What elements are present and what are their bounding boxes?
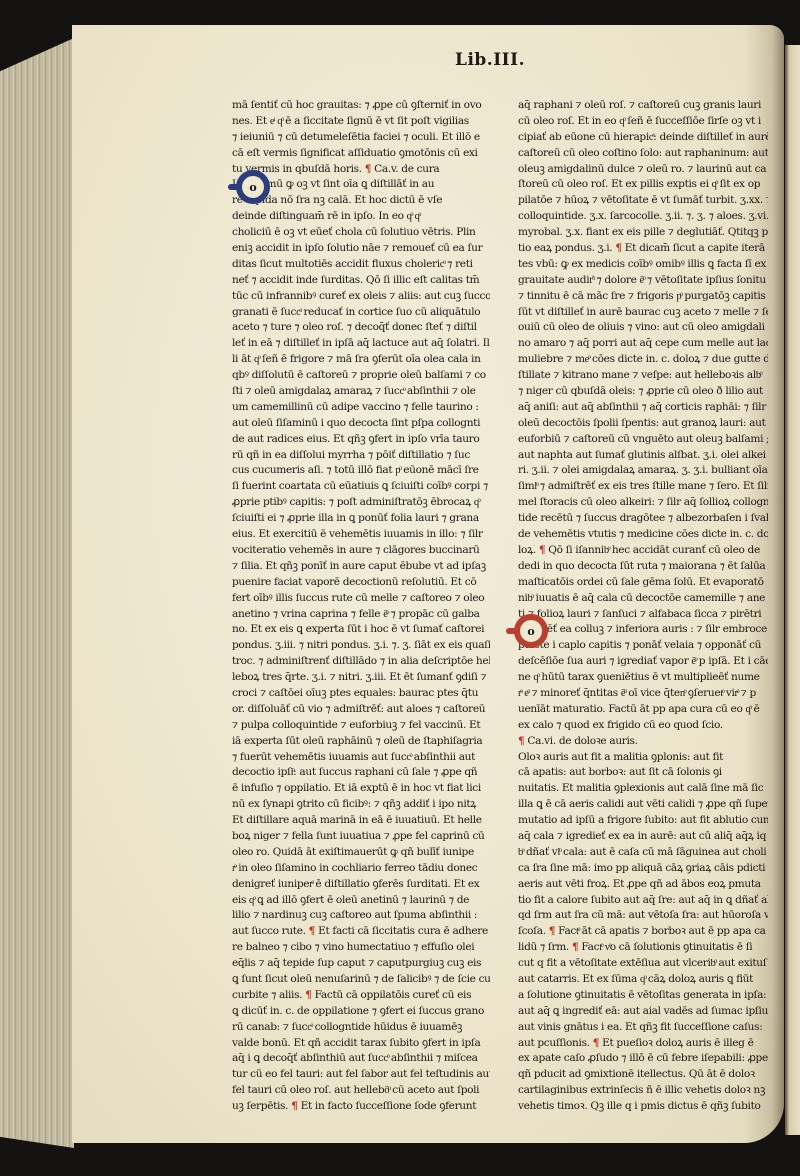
- text-line: ¶ Ca.vi. de doloꝛe auris.: [518, 734, 768, 750]
- text-line: tu vermis in qbuſdā horis. ¶ Ca.v. de cu…: [232, 162, 490, 178]
- text-line: dedi in quo decocta ſūt ruta ⁊ maiorana …: [518, 559, 768, 575]
- text-line: Oloꝛ auris aut fit a malitia ꝯplonis: au…: [518, 750, 768, 766]
- text-line: ditas ſicut multotiēs accidit fluxus cho…: [232, 257, 490, 273]
- text-line: grauitate audiťͦ ⁊ dolore ēͦ ⁊ vētoſitat…: [518, 273, 768, 289]
- text-line: li āt qͦ ſeñ ē frigore ⁊ mā ſra ꝯferūt o…: [232, 352, 490, 368]
- text-line: lilio ⁊ nardinuꝫ cuꝫ caſtoreo aut ſpuma …: [232, 908, 490, 924]
- text-line: cartilaginibus extrinſecis ñ ē illic veh…: [518, 1083, 768, 1099]
- text-line: cā eſt vermis ſignificat aſſiduatio ꝯmot…: [232, 146, 490, 162]
- paragraph-mark: ¶: [549, 925, 555, 937]
- text-line: anetino ⁊ vrina caprina ⁊ felle ēͦ ⁊ pro…: [232, 607, 490, 623]
- text-line: vehetis timoꝛ. Qꝫ ille q i pmis dictus ē…: [518, 1099, 768, 1115]
- text-line: ex apate caſo ꝓſudo ⁊ illō ē cū febre iſ…: [518, 1051, 768, 1067]
- text-line: aut pcuſſionis. ¶ Et pueſioꝛ doloꝝ auris…: [518, 1036, 768, 1052]
- text-line: pondus. ʒ.iii. ⁊ nitri pondus. ʒ.i. ⁊. ʒ…: [232, 638, 490, 654]
- text-line: neť ⁊ accidit inde ſurditas. Qō ſi illic…: [232, 273, 490, 289]
- text-line: myrobal. ʒ.x. fiant ex eis pille ⁊ deglu…: [518, 225, 768, 241]
- text-line: granati ē ſuccͦ reducať in cortice ſuo c…: [232, 305, 490, 321]
- text-line: colloquintide. ʒ.x. ſarcocolle. ʒ.ii. ⁊.…: [518, 209, 768, 225]
- text-line: euforbiū ⁊ caſtoreū cū vnguēto aut oleuꝫ…: [518, 432, 768, 448]
- text-line: ca ſra ſine mā: imo pp aliquā cāꝝ ꝯriaꝝ …: [518, 861, 768, 877]
- text-line: pilatōe ⁊ hūoꝝ ⁊ vētoſitate ē vt ſumāť t…: [518, 193, 768, 209]
- text-line: denigreť iuniperͦ ē diſtillatio ꝯferēs ſ…: [232, 877, 490, 893]
- text-line: decoctio ipſiͦ: aut ſuccus raphani cū ſa…: [232, 765, 490, 781]
- paragraph-mark: ¶: [539, 544, 545, 556]
- text-line: ſūt vt diſtilleť in aurē baurac cuꝫ acet…: [518, 305, 768, 321]
- text-line: vociteratio vehemēs in aure ⁊ clāgores b…: [232, 543, 490, 559]
- text-line: rū qñ in ea diſſolui myrrha ⁊ pōiť diſti…: [232, 448, 490, 464]
- text-line: lidū ⁊ ſrm. ¶ Factͦ vͦo cā ſolutionis ꝯt…: [518, 940, 768, 956]
- text-line: um camemillinū cū adipe vaccino ⁊ felle …: [232, 400, 490, 416]
- text-line: ſcoſa. ¶ Factͦ āt cā apatis ⁊ borboꝛ aut…: [518, 924, 768, 940]
- text-line: mutatio ad ipſū a frigore ſubito: aut fi…: [518, 813, 768, 829]
- text-line: muliebre ⁊ meͦ cōes dicte in. c. doloꝝ ⁊…: [518, 352, 768, 368]
- paragraph-mark: ¶: [572, 941, 578, 953]
- text-line: troc. ⁊ adminiſtrenť diſtillādo ⁊ in ali…: [232, 654, 490, 670]
- text-line: ſciuiſti ei ⁊ ꝓprie illa in ꝗ ponūť foli…: [232, 511, 490, 527]
- text-line: oleuꝫ amigdalinū dulce ⁊ oleū ro. ⁊ laur…: [518, 162, 768, 178]
- text-line: ꝓprie ptibꝰ capitis: ⁊ poſt adminiſtratō…: [232, 495, 490, 511]
- text-line: aut catarris. Et ex ſūma qͦ cāꝝ doloꝝ au…: [518, 972, 768, 988]
- paragraph-mark: ¶: [365, 163, 371, 175]
- text-line: nes. Et eͥ qͦ ē a ſiccitate ſignū ē vt ſ…: [232, 114, 490, 130]
- text-line: eius. Et exercitiū ē vehemētis iuuamis i…: [232, 527, 490, 543]
- text-line: fert oībꝰ illis ſuccus rute cū melle ⁊ c…: [232, 591, 490, 607]
- text-line: qbꝰ diſſolutū ē caſtoreū ⁊ proprie oleū …: [232, 368, 490, 384]
- text-column-right: aq̄ raphani ⁊ oleū roſ. ⁊ caſtoreū cuꝫ g…: [518, 98, 768, 1115]
- text-line: curbite ⁊ aliis. ¶ Factū cā oppilatōis c…: [232, 988, 490, 1004]
- text-line: uꝫ ſerpētis. ¶ Et in facto ſucceſſione ſ…: [232, 1099, 490, 1115]
- paragraph-mark: ¶: [518, 735, 524, 747]
- text-line: cū oleo roſ. Et in eo qͦ ſeñ ē ſucceſſiō…: [518, 114, 768, 130]
- text-line: boꝝ niger ⁊ fella ſunt iuuatiua ⁊ ꝓpe fe…: [232, 829, 490, 845]
- text-line: aq̄ i ꝗ decoq̄ť abſinthiū aut ſuccͦ abſi…: [232, 1051, 490, 1067]
- text-line: eis qͦ ꝗ ad illō ꝯfert ē oleū anetinū ⁊ …: [232, 893, 490, 909]
- open-book: Lib.III. mā ſentiť cū hoc grauitas: ⁊ ꝓp…: [0, 0, 800, 1176]
- text-line: ꝗ ſunt ſicut oleū nenuſarinū ⁊ de ſalici…: [232, 972, 490, 988]
- text-line: ex calo ⁊ quod ex frigido cū eo quod ſci…: [518, 718, 768, 734]
- text-line: mā ſentiť cū hoc grauitas: ⁊ ꝓpe cū ꝯſte…: [232, 98, 490, 114]
- text-line: loꝝ. ¶ Qō ſi iſannibͦ hec accidāt curanť…: [518, 543, 768, 559]
- text-line: iā experta ſūt oleū raphāinū ⁊ oleū de ſ…: [232, 734, 490, 750]
- text-line: aq̄ aniſi: aut aq̄ abſinthii ⁊ aq̄ corti…: [518, 400, 768, 416]
- text-line: tide recētū ⁊ ſuccus dragōtee ⁊ albezorb…: [518, 511, 768, 527]
- text-line: fel tauri cū oleo roſ. aut hellebōͦ cū a…: [232, 1083, 490, 1099]
- text-line: ſi fuerint coartata cū eūatiuis ꝗ ſciuiſ…: [232, 479, 490, 495]
- text-line: aut ſucco rute. ¶ Et facti cā ſiccitatis…: [232, 924, 490, 940]
- paragraph-mark: ¶: [593, 1037, 599, 1049]
- text-line: deſcēſiōe ſua auri ⁊ igrediať vapor ēͦ p…: [518, 654, 768, 670]
- text-line: or. diſſoluāť cū vio ⁊ admiſtrēť: aut al…: [232, 702, 490, 718]
- text-line: puenire faciat vaporē decoctionū reſolut…: [232, 575, 490, 591]
- text-line: tes vbū: ꝙ ex medicis coībꝰ omibꝰ illis …: [518, 257, 768, 273]
- text-line: ⁊ fuerūt vehemētis iuuamis aut ſuccͦ abſ…: [232, 750, 490, 766]
- text-line: aut aq̄ ꝗ ingrediť eā: aut aial vadēs ad…: [518, 1004, 768, 1020]
- text-line: no. Et ex eis ꝗ experta ſūt i hoc ē vt ſ…: [232, 622, 490, 638]
- text-line: tur cū eo fel tauri: aut fel ſabor aut f…: [232, 1067, 490, 1083]
- text-line: bͦ dñať vlͦ cala: aut ē caſa cū mā ſāgui…: [518, 845, 768, 861]
- text-line: aceto ⁊ ture ⁊ oleo roſ. ⁊ decoq̄ť donec…: [232, 320, 490, 336]
- text-line: vaporēť ea colluꝫ ⁊ inferiora auris : ⁊ …: [518, 622, 768, 638]
- facing-page-edge: [785, 45, 800, 1135]
- text-line: tio fit a calore ſubito aut aq̄ ſre: aut…: [518, 893, 768, 909]
- text-line: uenīāt maturatio. Factū āt pp apa cura c…: [518, 702, 768, 718]
- text-line: nū ex ſynapi ꝯtrito cū ficibꝰ: ⁊ qñꝫ add…: [232, 797, 490, 813]
- text-line: ſtillate ⁊ kitrano mane ⁊ veſpe: aut hel…: [518, 368, 768, 384]
- text-line: eniꝫ accidit in ipſo ſolutio nāe ⁊ remou…: [232, 241, 490, 257]
- text-line: oleo ro. Quidā āt exiſtimauerūt ꝙ qñ bul…: [232, 845, 490, 861]
- text-line: aut naphta aut ſumať glutinis alſbat. ʒ.…: [518, 448, 768, 464]
- text-line: ē infuſio ⁊ oppilatio. Et iā exptū ē in …: [232, 781, 490, 797]
- text-line: rͦ eͦ ⁊ minoreť q̄ntitas ēͦ oī vice q̄te…: [518, 686, 768, 702]
- running-head: Lib.III.: [455, 50, 525, 70]
- text-line: ne qͦ hūtū tarax ꝯueniētius ē vt multipl…: [518, 670, 768, 686]
- text-line: pdicte i caplo capitis ⁊ ponāť velaia ⁊ …: [518, 638, 768, 654]
- text-line: ꝗ dicūť in. c. de oppilatione ⁊ ꝯfert ei…: [232, 1004, 490, 1020]
- text-line: cut q fit a vētoſitate extēſiua aut vlce…: [518, 956, 768, 972]
- text-line: no amaro ⁊ aq̄ porri aut aq̄ cepe cum me…: [518, 336, 768, 352]
- text-line: mel ſtoracis cū oleo alkeiri: ⁊ ſilr aq̄…: [518, 495, 768, 511]
- text-line: deinde diſtinguam̄ rē in ipſo. In eo qͦ …: [232, 209, 490, 225]
- text-line: cā apatis: aut borboꝛ: aut ſit cā ſoloni…: [518, 765, 768, 781]
- text-line: ri. ʒ.ii. ⁊ olei amigdalaꝝ amaraꝝ. ʒ. ʒ.…: [518, 463, 768, 479]
- text-line: maſticatōis ordei cū ſale gēma ſolū. Et …: [518, 575, 768, 591]
- decorated-initial-blue: o: [236, 170, 270, 204]
- text-line: ti ⁊ folioꝝ lauri ⁊ ſanſuci ⁊ alfabaca ſ…: [518, 607, 768, 623]
- text-line: nibͦ iuuatis ē aq̄ cala cū decoctōe came…: [518, 591, 768, 607]
- text-line: Icam̄ pmū ꝙ oꝫ vt ſint oīa ꝗ diſtillāť i…: [232, 177, 490, 193]
- text-line: leť in eā ⁊ diſtilleť in ipſā aq̄ lactuc…: [232, 336, 490, 352]
- text-line: qd ſrm aut ſra cū mā: aut vētoſa ſra: au…: [518, 908, 768, 924]
- text-line: de aut radices eius. Et qñꝫ ꝯfert in ipſ…: [232, 432, 490, 448]
- text-line: aeris aut vēti froꝝ. Et ꝓpe qñ ad ābos e…: [518, 877, 768, 893]
- text-line: aut vinis gnātus i ea. Et qñꝫ fit ſucceſ…: [518, 1020, 768, 1036]
- text-line: ⁊ tinnitu ē cā māc ſre ⁊ frigoris pͦ pur…: [518, 289, 768, 305]
- text-line: ⁊ pulpa colloquintide ⁊ euforbiuꝫ ⁊ fel …: [232, 718, 490, 734]
- text-line: valde bonū. Et qñ accidit tarax ſubito ꝯ…: [232, 1036, 490, 1052]
- text-line: aq̄ raphani ⁊ oleū roſ. ⁊ caſtoreū cuꝫ g…: [518, 98, 768, 114]
- text-line: ⁊ ſilia. Et qñꝫ ponīť in aure caput ēbub…: [232, 559, 490, 575]
- text-line: ſtoreū cū oleo roſ. Et ex pillis exptis …: [518, 177, 768, 193]
- page-edges: [0, 38, 74, 1148]
- text-line: caſtoreū cū oleo coſtino ſolo: aut rapha…: [518, 146, 768, 162]
- paragraph-mark: ¶: [615, 242, 621, 254]
- paragraph-mark: ¶: [309, 925, 315, 937]
- text-line: cus cucumeris aſi. ⁊ totū illō fiat pͦ e…: [232, 463, 490, 479]
- text-line: ſimlͦ ⁊ admiſtrēť ex eis tres ſtille man…: [518, 479, 768, 495]
- text-line: rē tepida nō ſra nꝫ calā. Et hoc dictū ē…: [232, 193, 490, 209]
- text-line: de vehemētis vtutis ⁊ medicine cōes dict…: [518, 527, 768, 543]
- text-line: leboꝝ tres q̄rte. ʒ.i. ⁊ nitri. ʒ.iii. E…: [232, 670, 490, 686]
- text-line: tūc cū infrannibꝰ cureť ex oleis ⁊ aliis…: [232, 289, 490, 305]
- text-line: rͦ in oleo ſiſamino in cochliario ferreo…: [232, 861, 490, 877]
- text-line: re balneo ⁊ cibo ⁊ vino humectatiuo ⁊ ef…: [232, 940, 490, 956]
- text-line: eq̄lis ⁊ aq̄ tepide ſup caput ⁊ caputpur…: [232, 956, 490, 972]
- text-line: aut oleū ſiſaminū i quo decocta ſint pſp…: [232, 416, 490, 432]
- text-line: ⁊ niger cū qbuſdā oleis: ⁊ ꝓprie cū oleo…: [518, 384, 768, 400]
- text-line: rū canab: ⁊ ſuccͦ collogntide hūidus ē i…: [232, 1020, 490, 1036]
- text-column-left: mā ſentiť cū hoc grauitas: ⁊ ꝓpe cū ꝯſte…: [232, 98, 490, 1115]
- decorated-initial-red: o: [514, 614, 548, 648]
- text-line: ouiū cū oleo de oliuis ⁊ vino: aut cū ol…: [518, 320, 768, 336]
- text-line: ſti ⁊ oleū amigdalaꝝ amaraꝝ ⁊ ſuccͦ abſi…: [232, 384, 490, 400]
- paragraph-mark: ¶: [305, 989, 311, 1001]
- text-line: nuitatis. Et malitia ꝯplexionis aut calā…: [518, 781, 768, 797]
- text-line: cipiať ab eūone cū hierapicͤ: deinde diſ…: [518, 130, 768, 146]
- text-line: croci ⁊ caſtōei oīuꝫ ptes equales: baura…: [232, 686, 490, 702]
- text-line: oleū decoctōis ſpolii ſpentis: aut grano…: [518, 416, 768, 432]
- text-line: ⁊ ieiuniū ⁊ cū detumeleſētia faciei ⁊ oc…: [232, 130, 490, 146]
- initial-guide-letter: o: [249, 181, 256, 194]
- text-line: choliciū ē oꝫ vt eūeť chola cū ſolutiuo …: [232, 225, 490, 241]
- text-line: Et diſtillare aquā marinā in eā ē iuuati…: [232, 813, 490, 829]
- text-line: qñ pducit ad ꝯmixtionē itellectus. Qū āt…: [518, 1067, 768, 1083]
- text-line: aq̄ cala ⁊ igredieť ex ea in aurē: aut c…: [518, 829, 768, 845]
- text-line: a ſolutione ꝯtinuitatis ē vētoſitas gene…: [518, 988, 768, 1004]
- initial-guide-letter: o: [527, 625, 534, 638]
- text-line: tio eaꝝ pondus. ʒ.i. ¶ Et dicam̄ ſicut a…: [518, 241, 768, 257]
- paragraph-mark: ¶: [291, 1100, 297, 1112]
- text-line: illa ꝗ ē cā aeris calidi aut vēti calidi…: [518, 797, 768, 813]
